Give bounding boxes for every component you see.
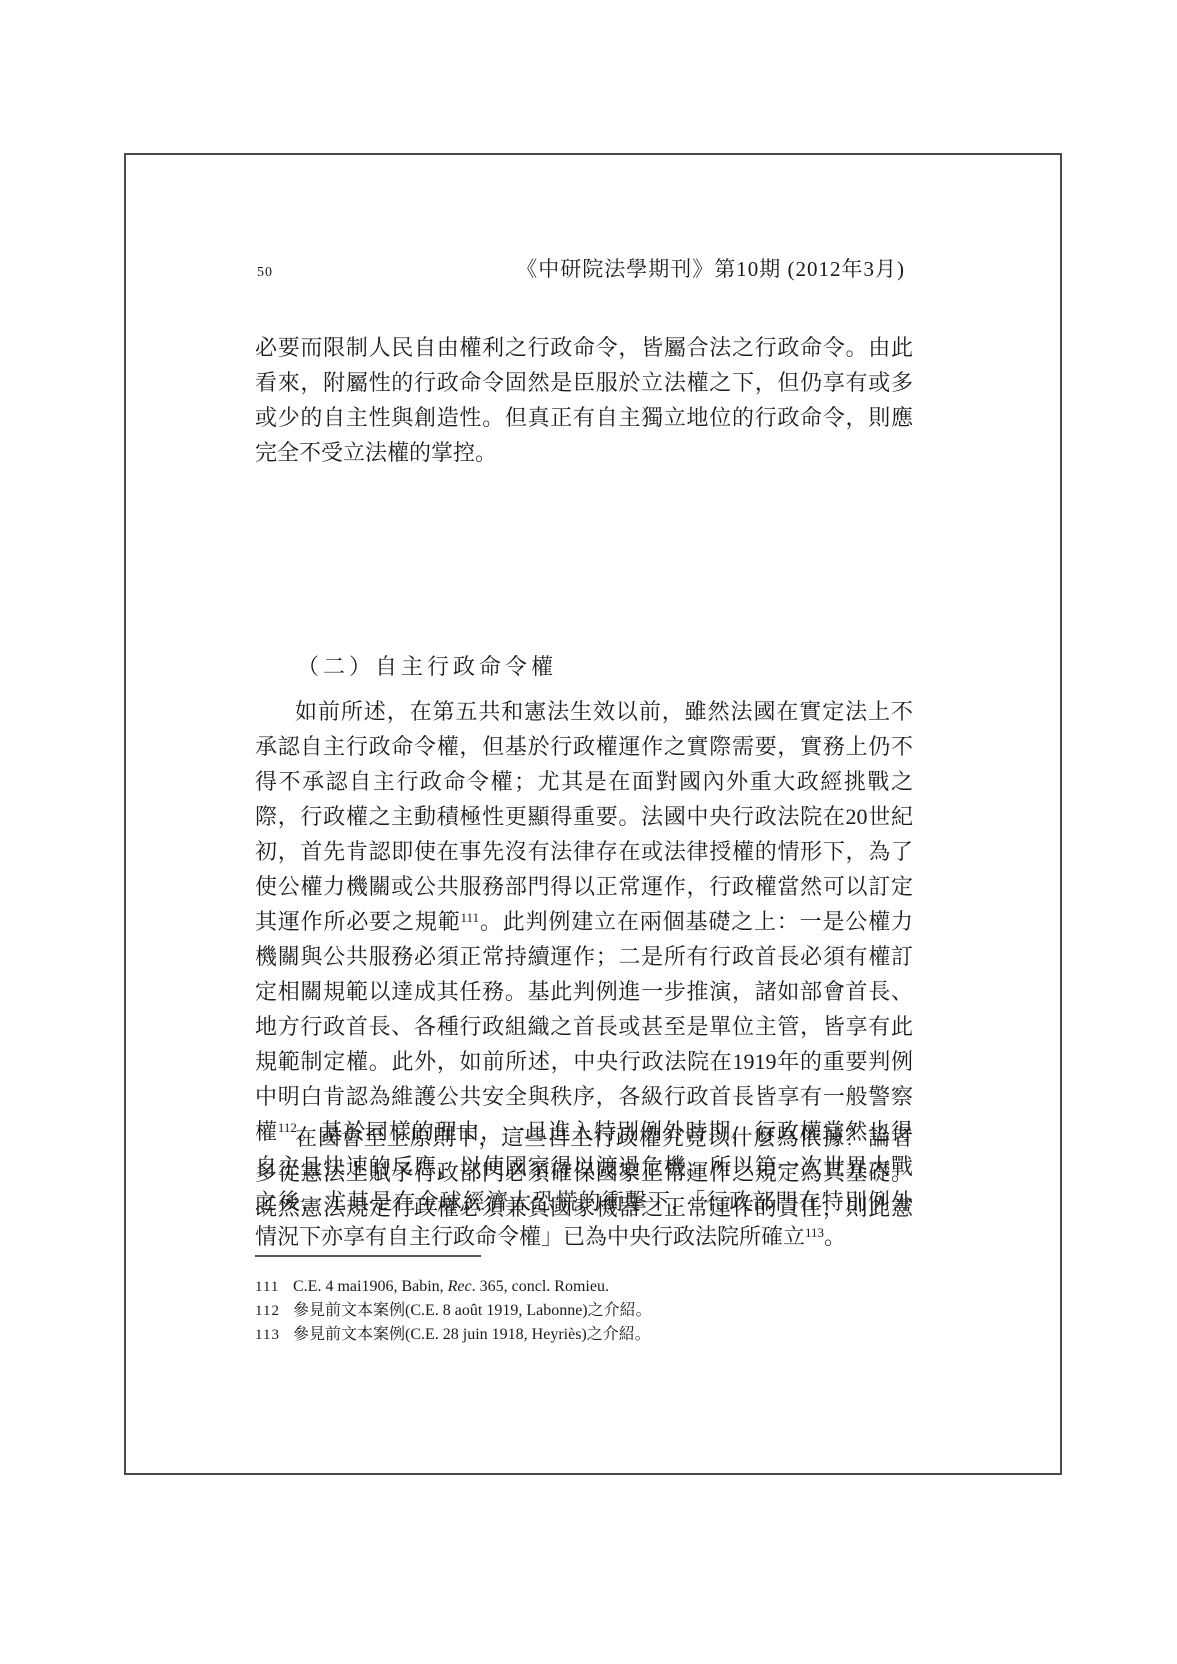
footnote-ref: 113 bbox=[805, 1225, 824, 1240]
footnote-number: 111 bbox=[255, 1275, 293, 1299]
text-line: 使公權力機關或公共服務部門得以正常運作，行政權當然可以訂定 bbox=[255, 869, 913, 904]
text-line: 在國會至上原則下，這些自主行政權究竟以什麼為依據？論者 bbox=[255, 1120, 913, 1155]
journal-title: 《中研院法學期刊》第10期 (2012年3月) bbox=[516, 253, 913, 283]
footnote-text: 參見前文本案例(C.E. 8 août 1919, Labonne)之介紹。 bbox=[293, 1299, 913, 1323]
footnote-number: 113 bbox=[255, 1323, 293, 1347]
footnote-ref: 111 bbox=[461, 910, 480, 925]
page-number: 50 bbox=[255, 265, 273, 281]
footnote-text: C.E. 4 mai1906, Babin, Rec. 365, concl. … bbox=[293, 1275, 913, 1299]
footnote-divider bbox=[255, 1255, 481, 1257]
footnote: 112參見前文本案例(C.E. 8 août 1919, Labonne)之介紹… bbox=[255, 1299, 913, 1323]
text-line: 中明白肯認為維護公共安全與秩序，各級行政首長皆享有一般警察 bbox=[255, 1079, 913, 1114]
footnote: 113參見前文本案例(C.E. 28 juin 1918, Heyriès)之介… bbox=[255, 1323, 913, 1347]
paragraph-closing: 在國會至上原則下，這些自主行政權究竟以什麼為依據？論者多從憲法上賦予行政部門必須… bbox=[255, 1120, 913, 1225]
running-header: 50 《中研院法學期刊》第10期 (2012年3月) bbox=[255, 253, 913, 283]
text-line: 承認自主行政命令權，但基於行政權運作之實際需要，實務上仍不 bbox=[255, 729, 913, 764]
section-heading-text: （二）自主行政命令權 bbox=[255, 649, 913, 684]
footnote-text: 參見前文本案例(C.E. 28 juin 1918, Heyriès)之介紹。 bbox=[293, 1323, 913, 1347]
text-line: 既然憲法規定行政權必須兼負國家機器之正常運作的責任，則此憲 bbox=[255, 1190, 913, 1225]
text-line: 如前所述，在第五共和憲法生效以前，雖然法國在實定法上不 bbox=[255, 694, 913, 729]
italic-citation: Rec bbox=[448, 1278, 472, 1295]
text-line: 初，首先肯認即使在事先沒有法律存在或法律授權的情形下，為了 bbox=[255, 834, 913, 869]
text-line: 必要而限制人民自由權利之行政命令，皆屬合法之行政命令。由此 bbox=[255, 330, 913, 365]
text-line: 地方行政首長、各種行政組織之首長或甚至是單位主管，皆享有此 bbox=[255, 1009, 913, 1044]
text-line: 看來，附屬性的行政命令固然是臣服於立法權之下，但仍享有或多 bbox=[255, 365, 913, 400]
scanned-page: 50 《中研院法學期刊》第10期 (2012年3月) 必要而限制人民自由權利之行… bbox=[124, 153, 1062, 1475]
text-line: 定相關規範以達成其任務。基此判例進一步推演，諸如部會首長、 bbox=[255, 974, 913, 1009]
paragraph-continued: 必要而限制人民自由權利之行政命令，皆屬合法之行政命令。由此看來，附屬性的行政命令… bbox=[255, 330, 913, 470]
text-line: 完全不受立法權的掌控。 bbox=[255, 435, 913, 470]
text-line: 多從憲法上賦予行政部門必須確保國家正常運作之規定為其基礎。 bbox=[255, 1155, 913, 1190]
footnotes: 111C.E. 4 mai1906, Babin, Rec. 365, conc… bbox=[255, 1275, 913, 1347]
footnote-number: 112 bbox=[255, 1299, 293, 1323]
text-line: 其運作所必要之規範111。此判例建立在兩個基礎之上：一是公權力 bbox=[255, 904, 913, 939]
text-line: 規範制定權。此外，如前所述，中央行政法院在1919年的重要判例 bbox=[255, 1044, 913, 1079]
section-heading: （二）自主行政命令權 bbox=[255, 649, 913, 684]
text-line: 得不承認自主行政命令權；尤其是在面對國內外重大政經挑戰之 bbox=[255, 764, 913, 799]
text-line: 機關與公共服務必須正常持續運作；二是所有行政首長必須有權訂 bbox=[255, 939, 913, 974]
footnote: 111C.E. 4 mai1906, Babin, Rec. 365, conc… bbox=[255, 1275, 913, 1299]
text-line: 際，行政權之主動積極性更顯得重要。法國中央行政法院在20世紀 bbox=[255, 799, 913, 834]
text-line: 或少的自主性與創造性。但真正有自主獨立地位的行政命令，則應 bbox=[255, 400, 913, 435]
